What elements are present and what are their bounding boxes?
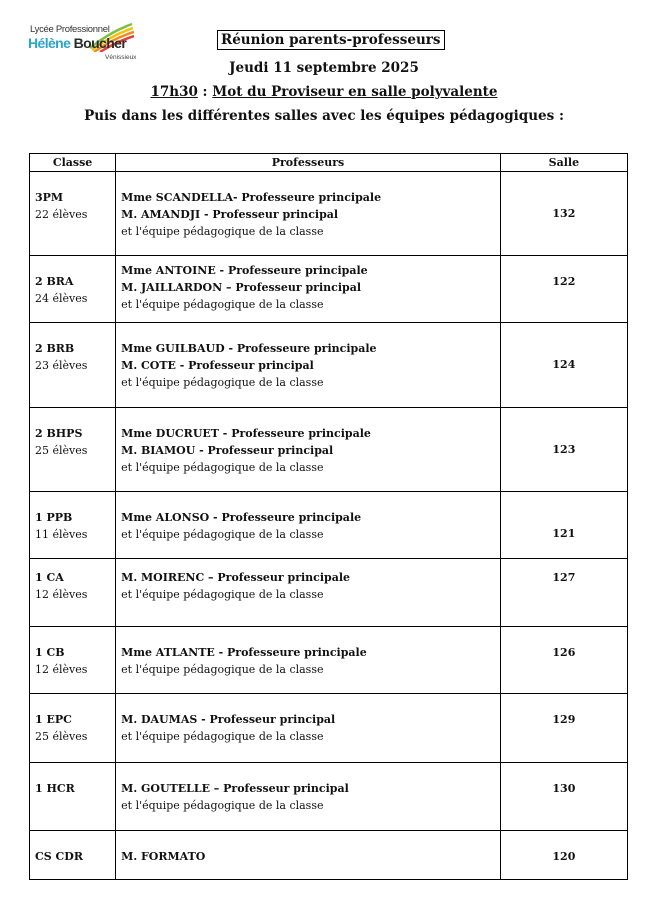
professeur-line: M. MOIRENC – Professeur principale — [121, 569, 500, 586]
professeurs-cell: Mme ATLANTE - Professeure principaleet l… — [116, 627, 501, 694]
classe-student-count: 22 élèves — [35, 206, 115, 223]
salle-cell: 126 — [500, 627, 627, 694]
professeur-line: Mme SCANDELLA- Professeure principale — [121, 189, 500, 206]
professeurs-cell: Mme DUCRUET - Professeure principaleM. B… — [116, 408, 501, 492]
professeur-line: Mme DUCRUET - Professeure principale — [121, 425, 500, 442]
classe-cell: 1 CB12 élèves — [30, 627, 116, 694]
salle-number: 122 — [501, 256, 627, 290]
classe-student-count: 12 élèves — [35, 661, 115, 678]
classe-info: 1 EPC25 élèves — [30, 694, 115, 745]
classe-cell: 2 BHPS25 élèves — [30, 408, 116, 492]
professeur-line: M. DAUMAS - Professeur principal — [121, 711, 500, 728]
classe-cell: 1 PPB11 élèves — [30, 492, 116, 559]
professeur-line: M. AMANDJI - Professeur principal — [121, 206, 500, 223]
professeur-line: Mme ANTOINE - Professeure principale — [121, 262, 500, 279]
equipe-line: et l'équipe pédagogique de la classe — [121, 374, 500, 391]
professeurs-list: M. GOUTELLE – Professeur principalet l'é… — [116, 763, 500, 814]
table-header-row: Classe Professeurs Salle — [30, 154, 628, 172]
classe-name: 2 BHPS — [35, 425, 115, 442]
salle-number: 124 — [501, 323, 627, 373]
table-row: 2 BHPS25 élèvesMme DUCRUET - Professeure… — [30, 408, 628, 492]
meeting-time: 17h30 — [150, 84, 197, 100]
meeting-date: Jeudi 11 septembre 2025 — [0, 59, 648, 77]
table-row: 1 PPB11 élèvesMme ALONSO - Professeure p… — [30, 492, 628, 559]
professeurs-cell: Mme SCANDELLA- Professeure principaleM. … — [116, 172, 501, 256]
column-header-professeurs: Professeurs — [116, 154, 501, 172]
equipe-line: et l'équipe pédagogique de la classe — [121, 661, 500, 678]
salle-cell: 124 — [500, 323, 627, 408]
classe-info: 1 HCR — [30, 763, 115, 797]
professeur-line: M. JAILLARDON – Professeur principal — [121, 279, 500, 296]
classe-info: 2 BRA24 élèves — [30, 256, 115, 307]
table-row: 1 EPC25 élèvesM. DAUMAS - Professeur pri… — [30, 694, 628, 763]
classe-info: 2 BRB23 élèves — [30, 323, 115, 374]
classe-info: 1 CB12 élèves — [30, 627, 115, 678]
classe-cell: 1 EPC25 élèves — [30, 694, 116, 763]
salle-number: 127 — [501, 559, 627, 586]
table-row: 2 BRA24 élèvesMme ANTOINE - Professeure … — [30, 256, 628, 323]
classe-name: 1 CB — [35, 644, 115, 661]
professeur-line: M. GOUTELLE – Professeur principal — [121, 780, 500, 797]
classe-cell: 2 BRB23 élèves — [30, 323, 116, 408]
classe-name: CS CDR — [35, 848, 115, 865]
classe-info: 1 PPB11 élèves — [30, 492, 115, 543]
professeur-line: M. COTE - Professeur principal — [121, 357, 500, 374]
salle-cell: 122 — [500, 256, 627, 323]
logo-school-name: Hélène Boucher — [28, 35, 126, 51]
professeurs-list: Mme DUCRUET - Professeure principaleM. B… — [116, 408, 500, 476]
professeur-line: Mme ATLANTE - Professeure principale — [121, 644, 500, 661]
professeur-line: M. FORMATO — [121, 848, 500, 865]
classe-student-count: 25 élèves — [35, 728, 115, 745]
professeurs-list: Mme ANTOINE - Professeure principaleM. J… — [116, 256, 500, 313]
classe-cell: 2 BRA24 élèves — [30, 256, 116, 323]
equipe-line: et l'équipe pédagogique de la classe — [121, 797, 500, 814]
table-row: 1 CB12 élèvesMme ATLANTE - Professeure p… — [30, 627, 628, 694]
classe-cell: 3PM22 élèves — [30, 172, 116, 256]
equipe-line: et l'équipe pédagogique de la classe — [121, 526, 500, 543]
classe-cell: 1 CA12 élèves — [30, 559, 116, 627]
professeurs-cell: M. DAUMAS - Professeur principalet l'équ… — [116, 694, 501, 763]
column-header-salle: Salle — [500, 154, 627, 172]
classe-cell: CS CDR — [30, 831, 116, 880]
equipe-line: et l'équipe pédagogique de la classe — [121, 459, 500, 476]
salle-number: 126 — [501, 627, 627, 661]
salle-number: 123 — [501, 408, 627, 458]
table-row: 3PM22 élèvesMme SCANDELLA- Professeure p… — [30, 172, 628, 256]
equipe-line: et l'équipe pédagogique de la classe — [121, 296, 500, 313]
table-row: CS CDRM. FORMATO120 — [30, 831, 628, 880]
professeurs-list: Mme ALONSO - Professeure principaleet l'… — [116, 492, 500, 543]
salle-number: 120 — [501, 831, 627, 865]
logo-last-name: Boucher — [74, 35, 127, 51]
classe-name: 1 CA — [35, 569, 115, 586]
classe-name: 1 EPC — [35, 711, 115, 728]
salle-cell: 127 — [500, 559, 627, 627]
classe-student-count: 11 élèves — [35, 526, 115, 543]
meeting-event: Mot du Proviseur en salle polyvalente — [212, 84, 497, 100]
equipe-line: et l'équipe pédagogique de la classe — [121, 586, 500, 603]
professeurs-list: M. DAUMAS - Professeur principalet l'équ… — [116, 694, 500, 745]
classe-name: 2 BRA — [35, 273, 115, 290]
classe-cell: 1 HCR — [30, 763, 116, 831]
classe-name: 1 PPB — [35, 509, 115, 526]
classe-info: 2 BHPS25 élèves — [30, 408, 115, 459]
meeting-schedule: 17h30 : Mot du Proviseur en salle polyva… — [0, 83, 648, 101]
meeting-subtitle: Puis dans les différentes salles avec le… — [0, 107, 648, 125]
professeurs-list: Mme ATLANTE - Professeure principaleet l… — [116, 627, 500, 678]
equipe-line: et l'équipe pédagogique de la classe — [121, 223, 500, 240]
classe-student-count: 12 élèves — [35, 586, 115, 603]
salle-number: 132 — [501, 172, 627, 222]
schedule-table: Classe Professeurs Salle 3PM22 élèvesMme… — [29, 153, 628, 880]
professeurs-cell: Mme ANTOINE - Professeure principaleM. J… — [116, 256, 501, 323]
table-row: 1 CA12 élèvesM. MOIRENC – Professeur pri… — [30, 559, 628, 627]
professeurs-cell: M. GOUTELLE – Professeur principalet l'é… — [116, 763, 501, 831]
professeurs-list: Mme GUILBAUD - Professeure principaleM. … — [116, 323, 500, 391]
salle-cell: 123 — [500, 408, 627, 492]
professeurs-cell: Mme ALONSO - Professeure principaleet l'… — [116, 492, 501, 559]
table-row: 1 HCRM. GOUTELLE – Professeur principale… — [30, 763, 628, 831]
professeurs-cell: Mme GUILBAUD - Professeure principaleM. … — [116, 323, 501, 408]
logo-first-name: Hélène — [28, 35, 70, 51]
professeurs-list: Mme SCANDELLA- Professeure principaleM. … — [116, 172, 500, 240]
classe-info: 1 CA12 élèves — [30, 559, 115, 603]
professeur-line: M. BIAMOU - Professeur principal — [121, 442, 500, 459]
classe-info: CS CDR — [30, 831, 115, 865]
salle-cell: 121 — [500, 492, 627, 559]
classe-student-count: 23 élèves — [35, 357, 115, 374]
page-title: Réunion parents-professeurs — [217, 30, 445, 50]
classe-student-count: 24 élèves — [35, 290, 115, 307]
salle-cell: 132 — [500, 172, 627, 256]
classe-info: 3PM22 élèves — [30, 172, 115, 223]
salle-cell: 120 — [500, 831, 627, 880]
professeurs-cell: M. MOIRENC – Professeur principaleet l'é… — [116, 559, 501, 627]
classe-name: 2 BRB — [35, 340, 115, 357]
classe-student-count: 25 élèves — [35, 442, 115, 459]
column-header-classe: Classe — [30, 154, 116, 172]
salle-cell: 130 — [500, 763, 627, 831]
classe-name: 3PM — [35, 189, 115, 206]
time-separator: : — [198, 84, 212, 100]
professeurs-list: M. FORMATO — [116, 831, 500, 865]
professeur-line: Mme ALONSO - Professeure principale — [121, 509, 500, 526]
professeur-line: Mme GUILBAUD - Professeure principale — [121, 340, 500, 357]
equipe-line: et l'équipe pédagogique de la classe — [121, 728, 500, 745]
table-row: 2 BRB23 élèvesMme GUILBAUD - Professeure… — [30, 323, 628, 408]
salle-cell: 129 — [500, 694, 627, 763]
salle-number: 130 — [501, 763, 627, 797]
classe-name: 1 HCR — [35, 780, 115, 797]
professeurs-cell: M. FORMATO — [116, 831, 501, 880]
salle-number: 129 — [501, 694, 627, 728]
logo-line1: Lycée Professionnel — [30, 24, 110, 35]
salle-number: 121 — [501, 492, 627, 542]
professeurs-list: M. MOIRENC – Professeur principaleet l'é… — [116, 559, 500, 603]
